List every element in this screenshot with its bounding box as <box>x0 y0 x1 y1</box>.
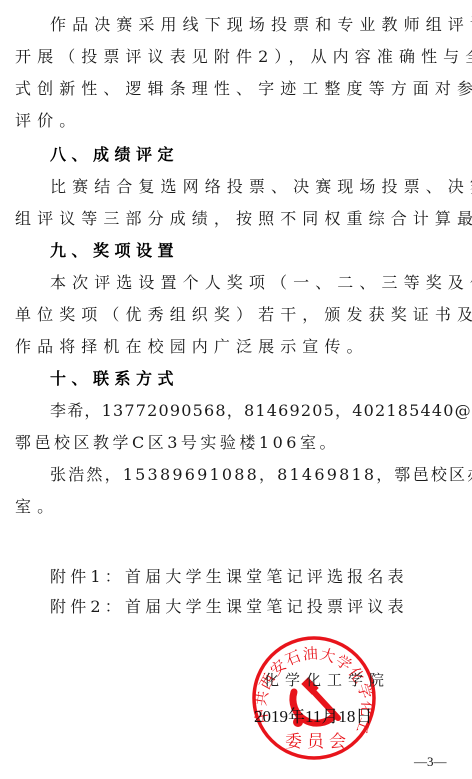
section-9-line-3: 作品将择机在校园内广泛展示宣传。 <box>15 336 369 358</box>
section-9-line-2: 单位奖项（优秀组织奖）若干，颁发获奖证书及奖励；获奖 <box>15 304 472 326</box>
paragraph-final-line-2: 开展（投票评议表见附件2），从内容准确性与全面性、形 <box>15 46 472 68</box>
section-9-line-1: 本次评选设置个人奖项（一、二、三等奖及优秀奖）和 <box>50 272 472 294</box>
issue-date: 2019年11月18日 <box>254 702 372 727</box>
seal-bottom-text: 委员会 <box>285 727 351 752</box>
attachment-2: 附件2：首届大学生课堂笔记投票评议表 <box>50 596 408 618</box>
contact-2-line-1: 张浩然，15389691088，81469818，鄠邑校区办公楼101 <box>50 464 472 486</box>
contact-1-line-2: 鄠邑校区教学C区3号实验楼106室。 <box>15 432 339 454</box>
paragraph-final-line-4: 评价。 <box>15 110 81 132</box>
contact-1-line-1: 李希，13772090568，81469205，402185440@qq.com… <box>50 400 472 422</box>
section-8-line-2: 组评议等三部分成绩，按照不同权重综合计算最终成绩。 <box>15 208 472 230</box>
attachment-1: 附件1：首届大学生课堂笔记评选报名表 <box>50 566 408 588</box>
page-number: —3— <box>414 754 447 770</box>
paragraph-final-line-3: 式创新性、逻辑条理性、字迹工整度等方面对参赛作品进行 <box>15 78 472 100</box>
paragraph-final-line-1: 作品决赛采用线下现场投票和专业教师组评议方式结合 <box>50 14 472 36</box>
section-9-heading: 九、奖项设置 <box>50 240 179 262</box>
contact-2-line-2: 室。 <box>15 496 59 518</box>
section-8-heading: 八、成绩评定 <box>50 144 179 166</box>
section-10-heading: 十、联系方式 <box>50 368 179 390</box>
issuing-unit: 化学化工学院 <box>264 669 390 690</box>
section-8-line-1: 比赛结合复选网络投票、决赛现场投票、决赛专业教师 <box>50 176 472 198</box>
